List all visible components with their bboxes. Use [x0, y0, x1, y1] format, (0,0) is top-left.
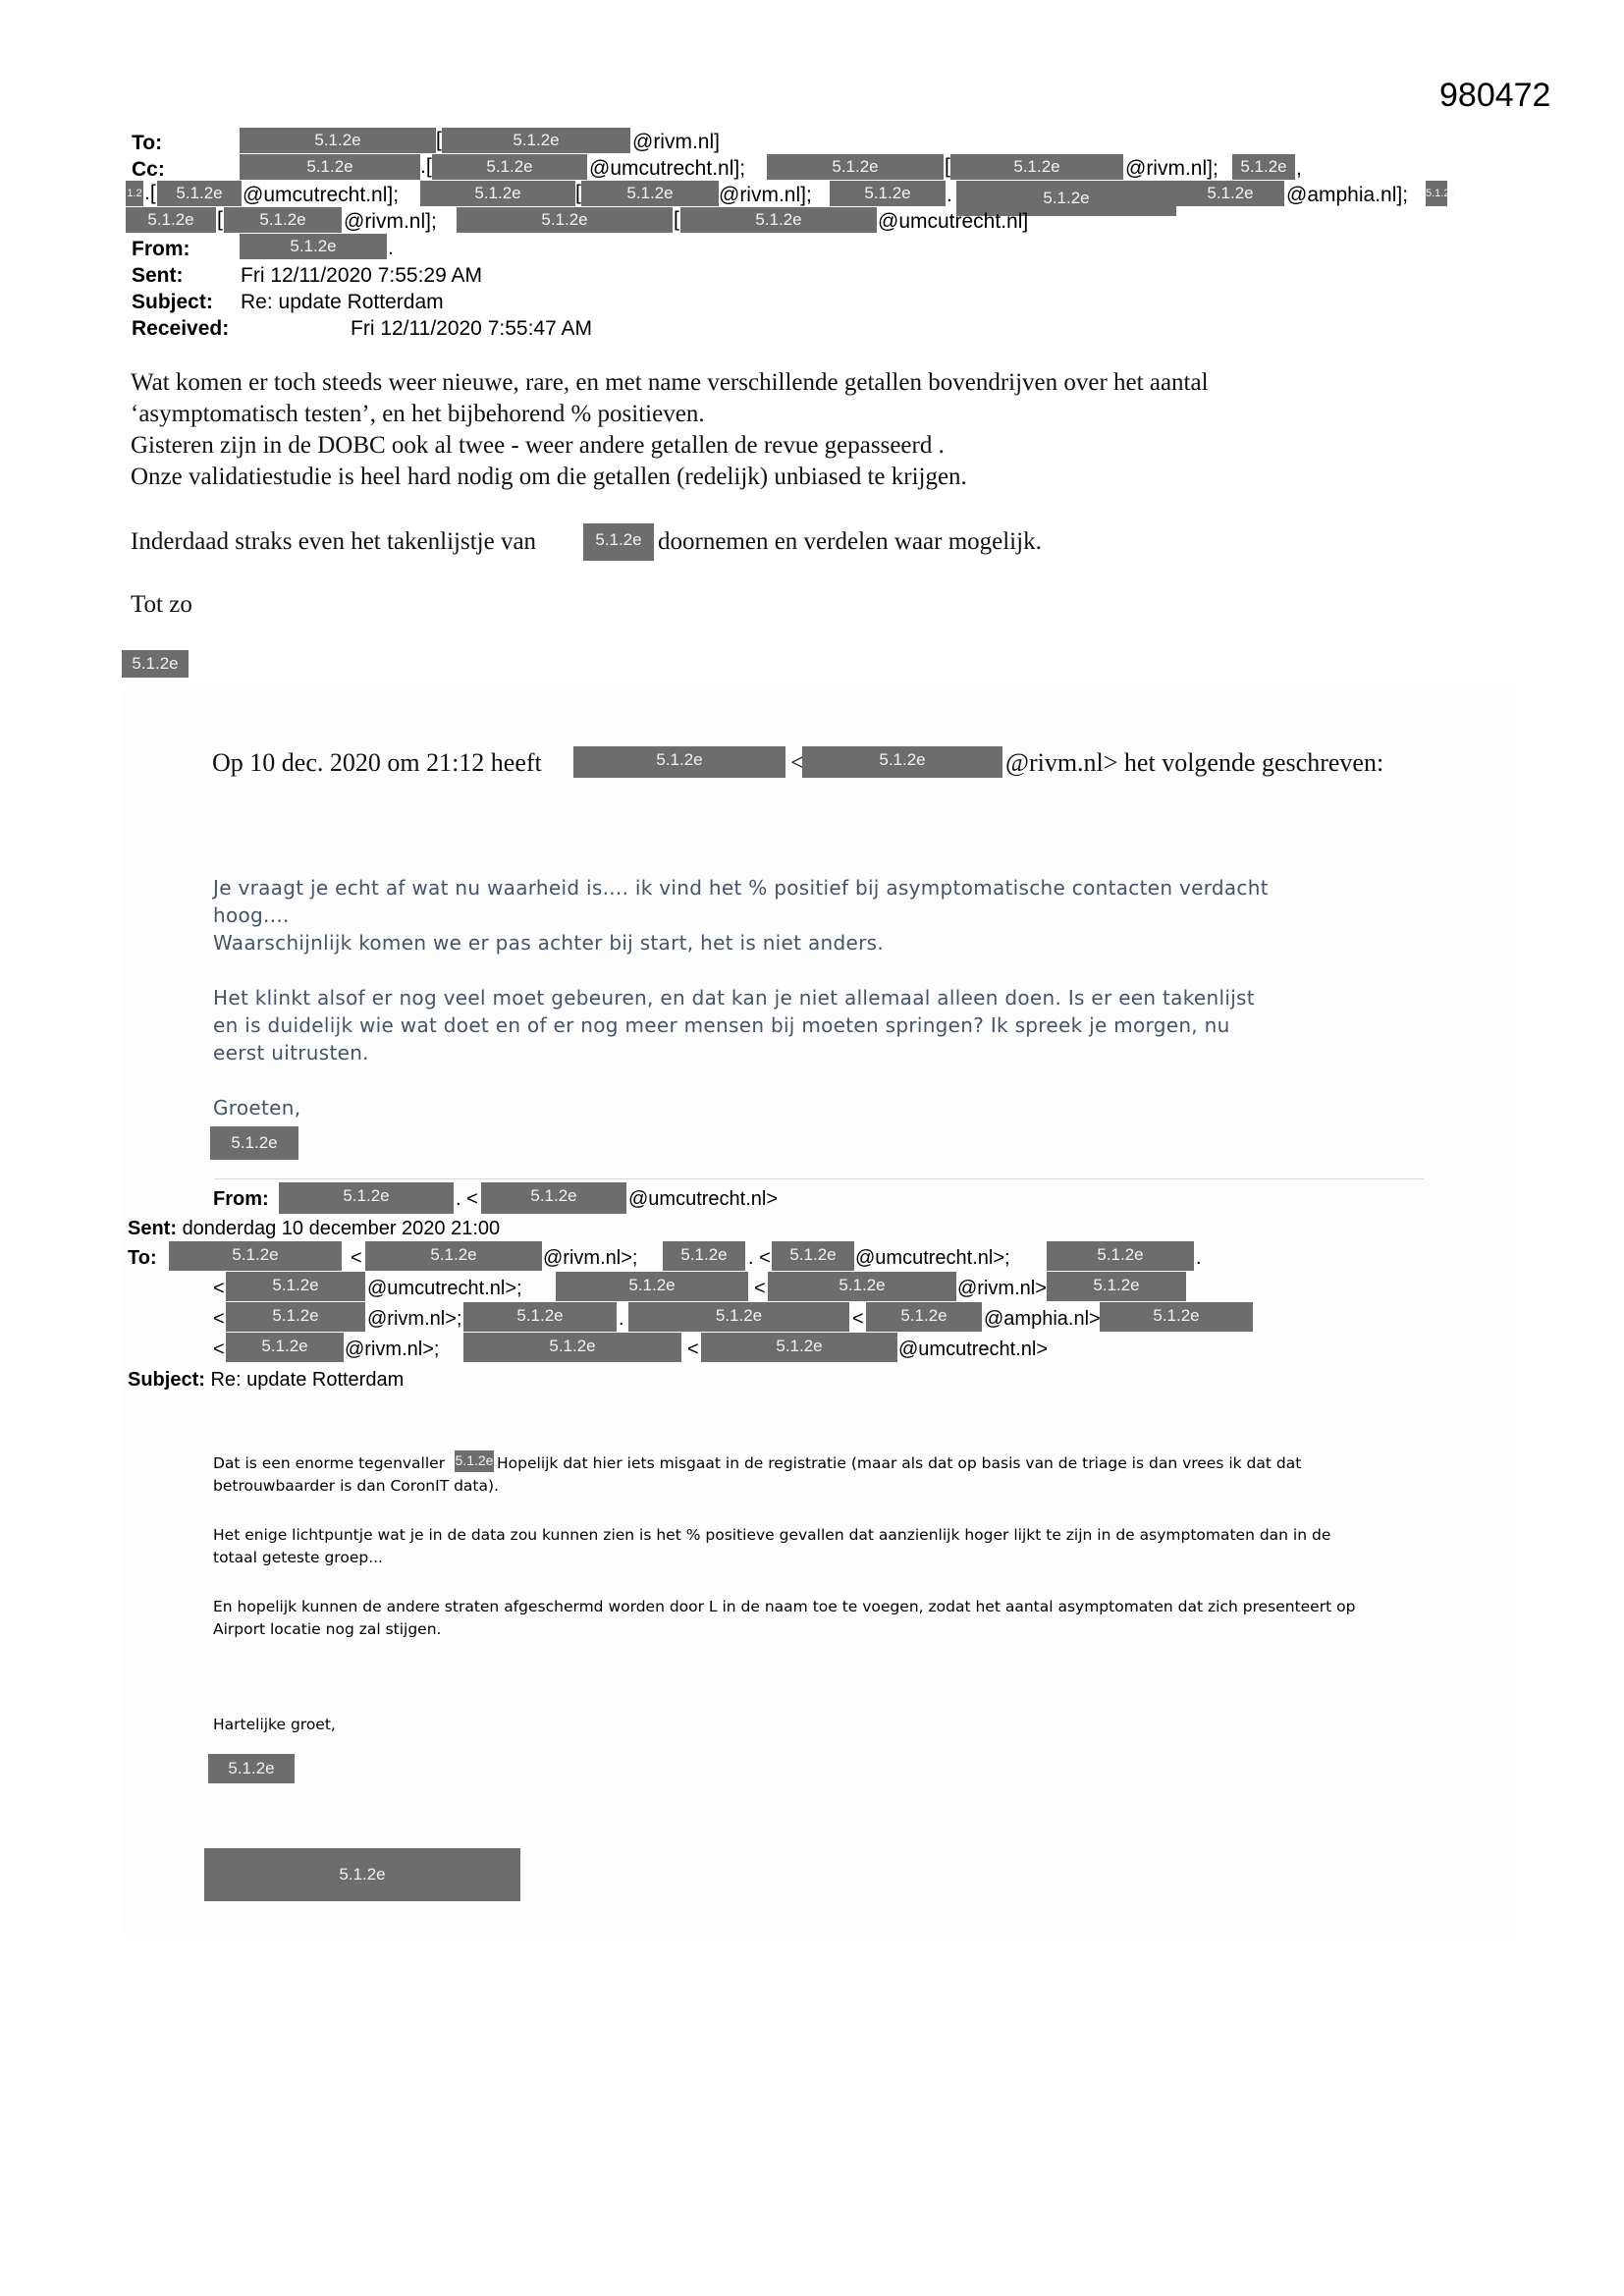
redaction-block: 5.1.2e [628, 1302, 849, 1332]
body-line: Wat komen er toch steeds weer nieuwe, ra… [131, 367, 1209, 399]
redaction-block: 5.1.2e [169, 1241, 342, 1271]
redaction-block: 5.1.2e [573, 746, 785, 778]
to-email-domain: @rivm.nl] [632, 130, 720, 155]
closing: Tot zo [131, 589, 192, 621]
cc-email-domain: @rivm.nl]; [1125, 156, 1218, 182]
redaction-block: 5.1.2e [157, 181, 242, 206]
quote-line: eerst uitrusten. [213, 1039, 369, 1066]
from-label: From: [213, 1188, 269, 1210]
from-email-domain: @umcutrecht.nl> [628, 1184, 778, 1215]
redaction-block: 5.1.2e [866, 1302, 982, 1332]
subject-label: Subject: [132, 291, 213, 313]
redaction-block: 5.1.2e [680, 207, 877, 233]
redaction-block: 5.1.2e [126, 207, 216, 233]
cc-email-domain: @umcutrecht.nl] [878, 209, 1028, 235]
redaction-block: 5.1.2e [1047, 1241, 1194, 1271]
tasks-line-after: doornemen en verdelen waar mogelijk. [658, 526, 1042, 558]
redaction-block: 5.1.2e [1232, 154, 1295, 180]
sent-value: Fri 12/11/2020 7:55:29 AM [241, 263, 482, 289]
quote-intro-before: Op 10 dec. 2020 om 21:12 heeft [212, 747, 542, 779]
body-line: Onze validatiestudie is heel hard nodig … [131, 462, 967, 493]
sent-value: donderdag 10 december 2020 21:00 [183, 1218, 501, 1239]
to-label: To: [132, 132, 162, 154]
closing: Hartelijke groet, [213, 1714, 336, 1736]
redaction-block: 5.1.2e [1047, 1272, 1186, 1301]
redaction-block: 5.1.2e [1426, 181, 1447, 206]
subject-label: Subject: [128, 1369, 205, 1391]
body-line: Gisteren zijn in de DOBC ook al twee - w… [131, 430, 945, 462]
body-line: ‘asymptomatisch testen’, en het bijbehor… [131, 399, 705, 430]
redaction-block: 5.1.2e [365, 1241, 542, 1271]
redaction-block: 5.1.2e [581, 181, 719, 206]
redaction-block: 5.1.2e [457, 207, 673, 233]
redaction-block: 5.1.2e [226, 1302, 365, 1332]
quote-intro-after: @rivm.nl> het volgende geschreven: [1005, 747, 1383, 779]
redaction-block: 5.1.2e [240, 234, 387, 259]
redaction-block: 5.1.2e [767, 154, 944, 180]
cc-email-domain: @umcutrecht.nl]; [243, 183, 399, 208]
redaction-block: 5.1.2e [1100, 1302, 1253, 1332]
sent-label: Sent: [128, 1218, 177, 1239]
redaction-block: 5.1.2e [455, 1450, 494, 1472]
redaction-block: 5.1.2e [240, 128, 436, 153]
cc-email-domain: @umcutrecht.nl]; [589, 156, 745, 182]
signature-redaction: 5.1.2e [208, 1754, 295, 1783]
redaction-block: 5.1.2e [663, 1241, 745, 1271]
signature-redaction: 5.1.2e [210, 1126, 298, 1160]
signature-redaction: 5.1.2e [122, 650, 189, 678]
quote-closing: Groeten, [213, 1094, 300, 1121]
quote-line: Het klinkt alsof er nog veel moet gebeur… [213, 984, 1255, 1011]
redaction-block: 5.1.2e [432, 154, 587, 180]
tasks-line-before: Inderdaad straks even het takenlijstje v… [131, 526, 536, 558]
redaction-block: 5.1.2e [481, 1182, 626, 1214]
redaction-block: 5.1.2e [556, 1272, 748, 1301]
redaction-block: 5.1.2e [226, 1272, 365, 1301]
to-label: To: [128, 1247, 157, 1269]
redaction-block: 5.1.2e [802, 746, 1002, 778]
page-number: 980472 [1439, 77, 1550, 115]
redaction-block: 5.1.2e [240, 154, 420, 180]
from-label: From: [132, 238, 190, 260]
redaction-block: 5.1.2e [442, 128, 630, 153]
redaction-block: 5.1.2e [463, 1302, 617, 1332]
redaction-block: 5.1.2e [950, 154, 1123, 180]
received-value: Fri 12/11/2020 7:55:47 AM [351, 316, 592, 342]
cc-label: Cc: [132, 158, 165, 181]
redaction-block: 1.2 [126, 181, 143, 206]
quote-line: Waarschijnlijk komen we er pas achter bi… [213, 929, 884, 957]
signature-block-redaction: 5.1.2e [204, 1848, 520, 1901]
redaction-block: 5.1.2e [772, 1241, 854, 1271]
redaction-block: 5.1.2e [830, 181, 946, 206]
subject-value: Re: update Rotterdam [210, 1369, 404, 1391]
redaction-block: 5.1.2e [768, 1272, 956, 1301]
cc-email-domain: @amphia.nl]; [1286, 183, 1408, 208]
sent-label: Sent: [132, 264, 184, 287]
received-label: Received: [132, 317, 229, 340]
separator-line [214, 1178, 1424, 1179]
redaction-block: 5.1.2e [583, 523, 654, 561]
quote-line: hoog.... [213, 902, 290, 929]
redaction-block: 5.1.2e [226, 1333, 344, 1362]
subject-value: Re: update Rotterdam [241, 290, 444, 315]
redaction-block: 5.1.2e [420, 181, 575, 206]
redaction-block: 5.1.2e [224, 207, 342, 233]
redaction-block: 5.1.2e [279, 1182, 454, 1214]
quote-line: Je vraagt je echt af wat nu waarheid is.… [213, 874, 1269, 902]
redaction-block: 5.1.2e [463, 1333, 681, 1362]
cc-email-domain: @rivm.nl]; [344, 209, 437, 235]
cc-email-domain: @rivm.nl]; [719, 183, 812, 208]
redaction-block: 5.1.2e [1176, 181, 1284, 206]
redaction-block: 5.1.2e [701, 1333, 897, 1362]
quote-line: en is duidelijk wie wat doet en of er no… [213, 1011, 1230, 1039]
